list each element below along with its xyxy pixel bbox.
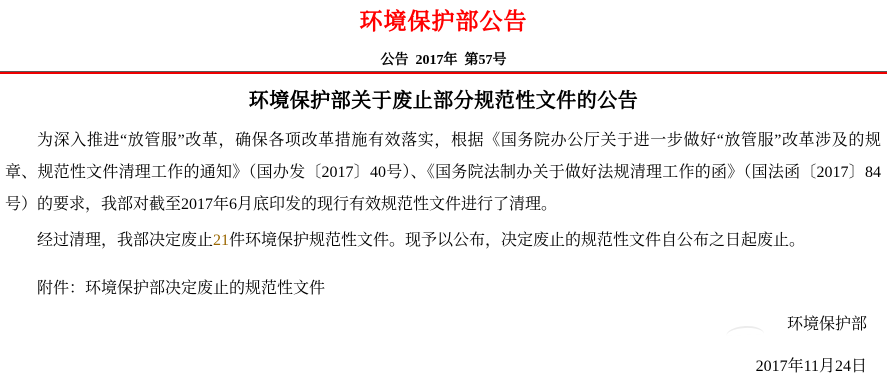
document-title: 环境保护部关于废止部分规范性文件的公告 <box>0 89 887 113</box>
red-divider <box>0 71 887 74</box>
announcement-page: 环境保护部公告 公告 2017年 第57号 环境保护部关于废止部分规范性文件的公… <box>0 0 887 386</box>
paragraph-basis: 为深入推进“放管服”改革，确保各项改革措施有效落实，根据《国务院办公厅关于进一步… <box>5 125 881 221</box>
paragraph-decision-tail: 件环境保护规范性文件。现予以公布，决定废止的规范性文件自公布之日起废止。 <box>229 232 805 249</box>
revoked-count: 21 <box>213 232 229 249</box>
doc-number: 公告 2017年 第57号 <box>0 54 887 68</box>
paragraph-decision: 经过清理，我部决定废止21件环境保护规范性文件。现予以公布，决定废止的规范性文件… <box>5 225 881 257</box>
attachment-line: 附件：环境保护部决定废止的规范性文件 <box>5 273 881 305</box>
document-body: 为深入推进“放管服”改革，确保各项改革措施有效落实，根据《国务院办公厅关于进一步… <box>0 125 887 305</box>
signature-block: 环境保护部 2017年11月24日 <box>0 309 887 383</box>
signature-date: 2017年11月24日 <box>0 351 867 383</box>
paragraph-decision-lead: 经过清理，我部决定废止 <box>37 232 213 249</box>
signature-agency: 环境保护部 <box>0 309 867 341</box>
agency-title: 环境保护部公告 <box>0 10 887 34</box>
